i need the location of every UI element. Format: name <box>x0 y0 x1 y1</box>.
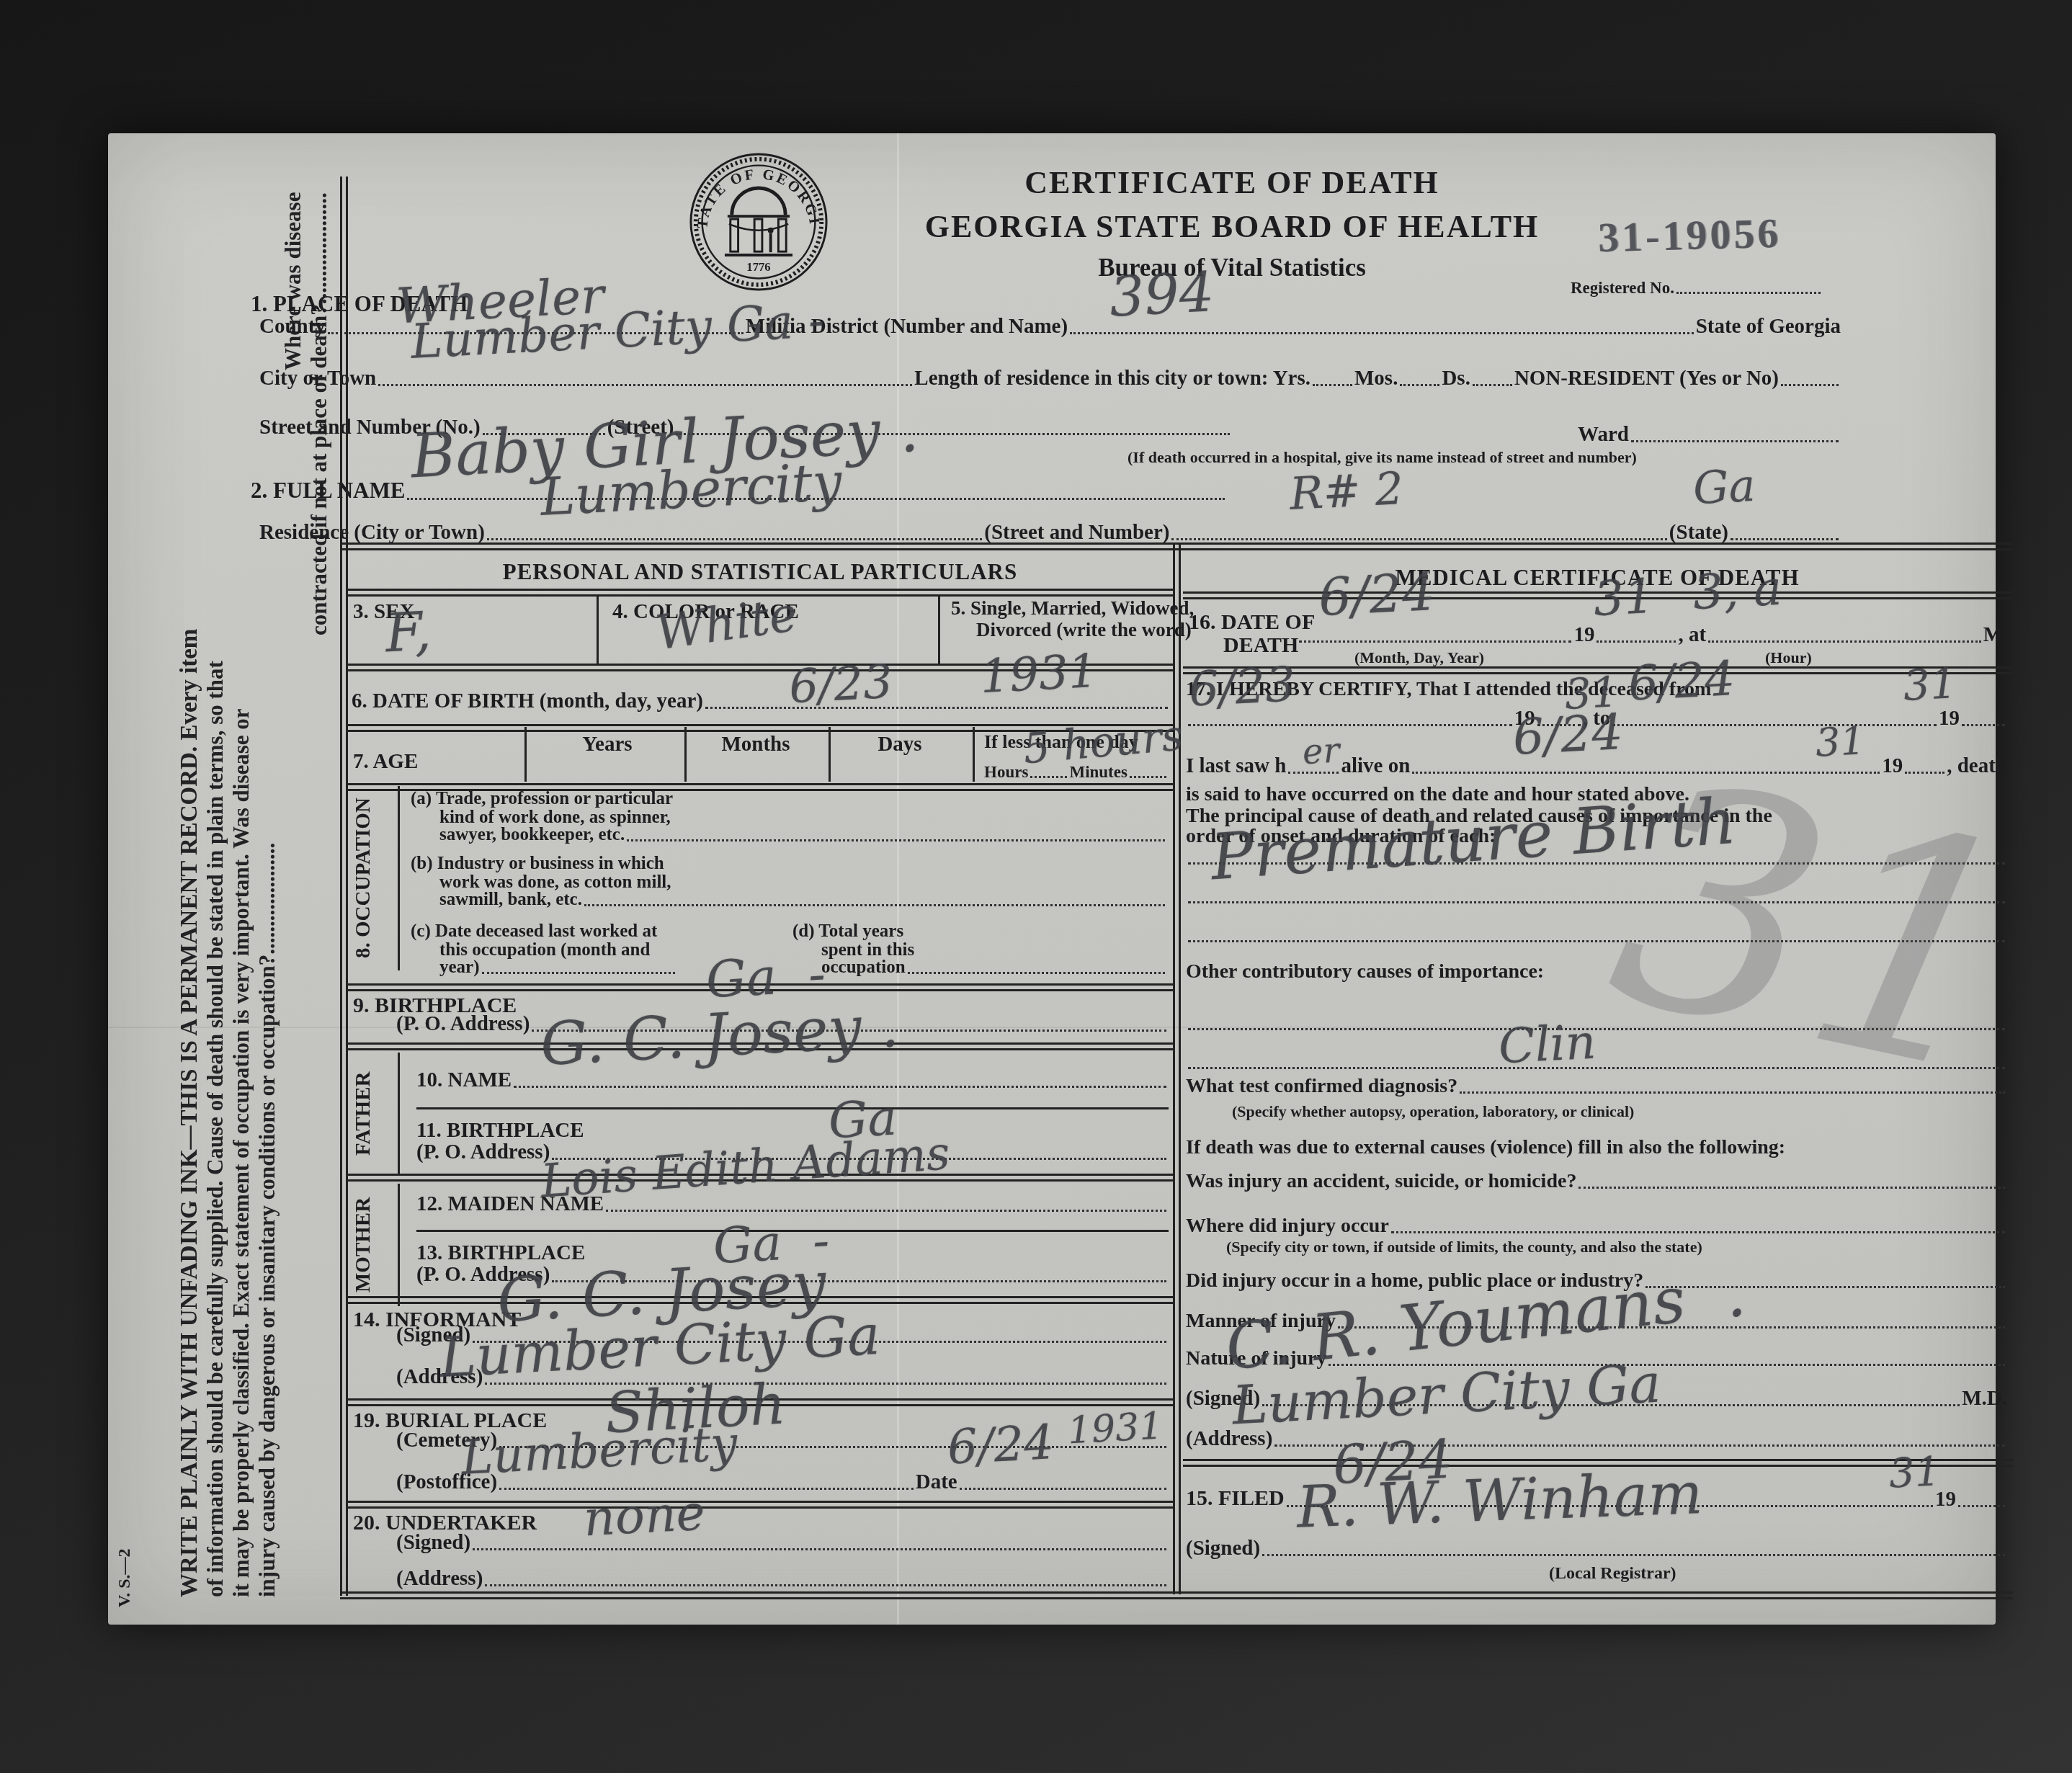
father-name-row: 10. NAME <box>416 1067 1169 1091</box>
personal-section-header: PERSONAL AND STATISTICAL PARTICULARS <box>346 560 1174 585</box>
residence-street-value: R# 2 <box>1288 466 1404 517</box>
registration-number-stamp: 31-19056 <box>1588 208 1791 262</box>
dotted-leader <box>487 538 982 540</box>
dotted-leader <box>485 1383 1166 1385</box>
dotted-leader <box>473 1548 1166 1550</box>
father-rule <box>398 1053 400 1175</box>
militia-district-value: 394 <box>1108 264 1215 324</box>
occupation-d-line3-row: occupation <box>821 959 1167 978</box>
certificate-title: CERTIFICATE OF DEATH <box>886 165 1578 200</box>
dotted-leader <box>1631 440 1839 442</box>
bottom-border <box>340 1591 2013 1599</box>
maiden-name-row: 12. MAIDEN NAME <box>416 1191 1169 1215</box>
occupation-rule <box>398 786 400 970</box>
form-left-border <box>340 177 348 1596</box>
dotted-leader <box>1676 292 1821 294</box>
dotted-leader <box>1188 724 1512 726</box>
dod-19-label: 19 <box>1573 623 1594 646</box>
filed-year-value: 31 <box>1888 1452 1942 1495</box>
occupation-a-line3-row: sawyer, bookkeeper, etc. <box>439 826 1167 845</box>
county-label: County <box>259 315 326 338</box>
contributory-label: Other contributory causes of importance: <box>1186 960 1544 983</box>
dotted-leader <box>499 1488 914 1490</box>
margin-line-5: Where was disease <box>280 192 306 1597</box>
undertaker-signed-label: (Signed) <box>396 1531 470 1554</box>
residence-length-label: Length of residence in this city or town… <box>914 367 1310 390</box>
hour-hint: (Hour) <box>1765 649 1812 667</box>
margin-line-6: contracted if not at place of death?....… <box>306 192 332 1597</box>
state-of-georgia-label: State of Georgia <box>1696 315 1841 338</box>
stray-pencil-mark: 31 <box>1593 737 2043 1122</box>
occupation-b-line1: (b) Industry or business in which <box>411 854 664 874</box>
row-rule <box>346 1501 1173 1509</box>
registered-no-row: Registered No. <box>1571 274 1823 298</box>
georgia-state-seal: STATE OF GEORGIA 1776 <box>688 151 829 292</box>
dotted-leader <box>705 707 1168 709</box>
physician-address-row: (Address) <box>1186 1427 2007 1450</box>
date-of-death-value: 6/24 <box>1317 566 1436 623</box>
dotted-leader <box>514 1086 1166 1088</box>
years-label: Years <box>533 733 682 756</box>
dotted-leader <box>908 972 1165 974</box>
occupation-d-line3: occupation <box>821 957 906 978</box>
death-year-value: 31 <box>1592 573 1655 623</box>
dotted-leader <box>1313 384 1352 386</box>
date-of-death-row: 19 , at M <box>1297 622 2003 646</box>
father-name-label: 10. NAME <box>416 1068 512 1091</box>
ward-row: Ward <box>1578 423 1841 446</box>
seal-graphic: STATE OF GEORGIA 1776 <box>688 151 829 292</box>
occupation-b-line3: sawmill, bank, etc. <box>439 890 582 910</box>
attended-19b-label: 19 <box>1939 707 1960 730</box>
ward-label: Ward <box>1578 423 1629 446</box>
dotted-leader <box>1171 538 1666 540</box>
marital-label-2: Divorced (write the word) <box>976 619 1192 640</box>
days-label: Days <box>830 733 970 756</box>
dotted-leader <box>1473 384 1512 386</box>
row-rule <box>416 1107 1169 1109</box>
local-registrar-hint: (Local Registrar) <box>1549 1564 1676 1584</box>
po-address-label: (P. O. Address) <box>396 1012 530 1035</box>
death-hour-value: 3, a <box>1692 565 1783 617</box>
test-value: Clin <box>1497 1019 1597 1071</box>
full-name-label: 2. FULL NAME <box>251 478 405 504</box>
svg-text:STATE OF GEORGIA: STATE OF GEORGIA <box>688 151 822 229</box>
date-of-death-label-2: DEATH <box>1223 633 1298 658</box>
where-injury-row: Where did injury occur <box>1186 1214 2007 1237</box>
where-injury-hint: (Specify city or town, if outside of lim… <box>1226 1238 1702 1256</box>
age-label: 7. AGE <box>353 750 418 773</box>
last-saw-label: I last saw h <box>1186 754 1286 777</box>
external-causes-label: If death was due to external causes (vio… <box>1186 1136 1785 1158</box>
occupation-label: 8. OCCUPATION <box>352 786 375 970</box>
registrar-signature: R. W. Winham <box>1296 1465 1704 1537</box>
physician-address-label: (Address) <box>1186 1427 1272 1450</box>
dotted-leader <box>960 1488 1166 1490</box>
filed-label: 15. FILED <box>1186 1486 1285 1511</box>
marital-label-1: 5. Single, Married, Widowed, <box>951 597 1194 619</box>
dotted-leader <box>1030 776 1067 778</box>
column-divider <box>1173 542 1181 1594</box>
burial-date-value: 6/24 <box>946 1419 1055 1472</box>
dod-at-label: , at <box>1678 623 1706 646</box>
father-birthplace-label: 11. BIRTHPLACE <box>416 1119 584 1142</box>
residence-state-value: Ga <box>1692 463 1756 511</box>
residence-state-label: (State) <box>1669 521 1728 544</box>
occupation-d-line1: (d) Total years <box>792 921 903 942</box>
attended-to-year-value: 31 <box>1903 662 1958 707</box>
months-label: Months <box>686 733 826 756</box>
margin-line-2: of information should be carefully suppl… <box>202 192 228 1597</box>
dob-label: 6. DATE OF BIRTH (month, day, year) <box>352 689 703 713</box>
undertaker-signed-value: none <box>582 1489 706 1545</box>
occupation-c-line3: year) <box>439 957 480 978</box>
father-name-value: G. C. Josey . <box>539 997 901 1075</box>
dotted-leader <box>1597 640 1676 643</box>
last-saw-suffix-value: er <box>1302 733 1341 770</box>
occupation-c-line3-row: year) <box>439 959 677 978</box>
bureau-subtitle: Bureau of Vital Statistics <box>886 254 1578 282</box>
residence-label: Residence (City or Town) <box>259 521 485 544</box>
dotted-leader <box>606 1210 1166 1212</box>
postoffice-value: Lumbercity <box>460 1420 739 1482</box>
dotted-leader <box>627 839 1165 841</box>
dotted-leader <box>1299 640 1571 643</box>
dotted-leader <box>1962 724 2005 726</box>
dotted-leader <box>584 904 1165 906</box>
last-saw-date-value: 6/24 <box>1511 708 1624 763</box>
hours-label: Hours <box>984 763 1028 782</box>
residence-street-label: (Street and Number) <box>984 521 1169 544</box>
seal-text-top: STATE OF GEORGIA <box>688 151 822 229</box>
cell-divider <box>973 727 975 782</box>
registered-no-label: Registered No. <box>1571 279 1674 298</box>
accident-row: Was injury an accident, suicide, or homi… <box>1186 1169 2007 1192</box>
alive-on-label: alive on <box>1341 754 1410 777</box>
dotted-leader <box>485 1584 1166 1586</box>
occupation-a-line3: sawyer, bookkeeper, etc. <box>439 825 625 845</box>
undertaker-address-row: (Address) <box>396 1567 1169 1590</box>
residence-row: Residence (City or Town) (Street and Num… <box>259 519 1841 544</box>
dotted-leader <box>1731 538 1839 540</box>
header-titles: CERTIFICATE OF DEATH GEORGIA STATE BOARD… <box>886 165 1578 282</box>
cell-divider <box>597 596 599 664</box>
father-po-label: (P. O. Address) <box>416 1140 550 1164</box>
board-title: GEORGIA STATE BOARD OF HEALTH <box>886 209 1578 244</box>
mother-rule <box>398 1184 400 1306</box>
scanned-death-certificate: WRITE PLAINLY WITH UNFADING INK—THIS IS … <box>0 0 2072 1773</box>
margin-line-4: injury caused by dangerous or insanitary… <box>254 192 280 1597</box>
registrar-signed-label: (Signed) <box>1186 1537 1260 1560</box>
father-label: FATHER <box>352 1053 375 1175</box>
seal-text-year: 1776 <box>746 260 770 274</box>
dotted-leader <box>378 384 912 386</box>
where-injury-label: Where did injury occur <box>1186 1215 1389 1237</box>
cell-divider <box>524 727 527 782</box>
md-label: M.D. <box>1962 1387 2007 1410</box>
accident-label: Was injury an accident, suicide, or homi… <box>1186 1170 1576 1192</box>
occupation-a-line1: (a) Trade, profession or particular <box>411 789 673 809</box>
month-day-year-hint: (Month, Day, Year) <box>1354 649 1484 667</box>
dotted-leader <box>1400 384 1439 386</box>
sex-value: F, <box>384 604 432 660</box>
nonresident-label: NON-RESIDENT (Yes or No) <box>1514 367 1779 390</box>
attended-to-value: 6/24 <box>1627 655 1736 708</box>
certificate-paper: WRITE PLAINLY WITH UNFADING INK—THIS IS … <box>108 133 1996 1625</box>
city-row: City or Town Length of residence in this… <box>259 364 1841 390</box>
form-code: V. S.—2 <box>115 1535 135 1621</box>
margin-line-1: WRITE PLAINLY WITH UNFADING INK—THIS IS … <box>177 192 202 1597</box>
dotted-leader <box>1262 1554 2005 1556</box>
dod-m-label: M <box>1983 623 2003 646</box>
undertaker-address-label: (Address) <box>396 1567 483 1590</box>
undertaker-signed-row: (Signed) <box>396 1531 1169 1554</box>
test-hint: (Specify whether autopsy, operation, lab… <box>1232 1103 1634 1121</box>
city-or-town-label: City or Town <box>259 367 376 390</box>
age-hours-value: 5 hours <box>1022 714 1185 769</box>
dotted-leader <box>1578 1187 2005 1189</box>
dotted-leader <box>1781 384 1839 386</box>
dotted-leader <box>1130 776 1166 778</box>
mother-label: MOTHER <box>352 1184 375 1306</box>
margin-line-3: it may be properly classified. Exact sta… <box>228 192 254 1597</box>
burial-year-value: 1931 <box>1067 1408 1164 1450</box>
ds-label: Ds. <box>1442 367 1470 390</box>
residence-city-value: Lumbercity <box>539 455 843 523</box>
dotted-leader <box>1958 1505 2005 1507</box>
occupation-c-line1: (c) Date deceased last worked at <box>411 921 657 942</box>
dotted-leader <box>1391 1231 2005 1233</box>
dotted-leader <box>1708 640 1981 643</box>
attended-from-value: 6/23 <box>1187 661 1296 714</box>
occupation-b-line3-row: sawmill, bank, etc. <box>439 891 1167 910</box>
dotted-leader <box>482 972 675 974</box>
test-label: What test confirmed diagnosis? <box>1186 1075 1457 1097</box>
mos-label: Mos. <box>1354 367 1398 390</box>
dotted-leader <box>1070 332 1694 334</box>
margin-instructions: WRITE PLAINLY WITH UNFADING INK—THIS IS … <box>177 192 332 1597</box>
date-of-death-label-1: 16. DATE OF <box>1189 610 1315 635</box>
